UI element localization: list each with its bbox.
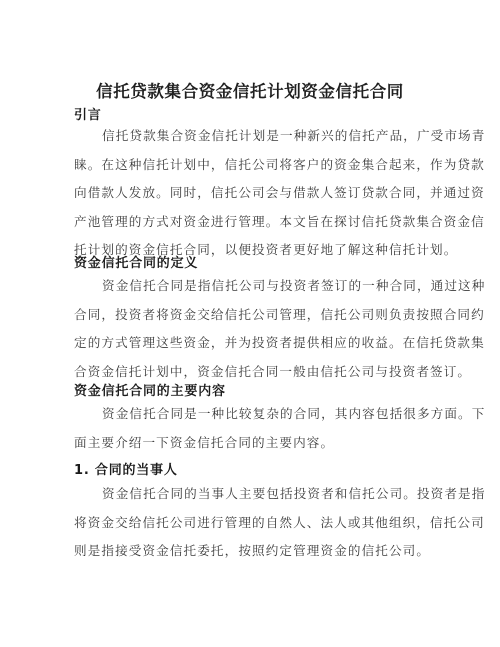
text-line: 资金信托合同的当事人主要包括投资者和信托公司。投资者是指	[74, 480, 416, 509]
text-line: 合同，投资者将资金交给信托公司管理，信托公司则负责按照合同约	[74, 301, 416, 330]
section-heading-main-content: 资金信托合同的主要内容	[74, 380, 226, 399]
section-heading-introduction: 引言	[74, 104, 102, 123]
document-title: 信托贷款集合资金信托计划资金信托合同	[0, 78, 500, 102]
paragraph-definition: 资金信托合同是指信托公司与投资者签订的一种合同，通过这种 合同，投资者将资金交给…	[74, 272, 416, 386]
text-line: 产池管理的方式对资金进行管理。本文旨在探讨信托贷款集合资金信	[74, 208, 416, 237]
section-heading-definition: 资金信托合同的定义	[74, 252, 198, 271]
text-line: 睐。在这种信托计划中，信托公司将客户的资金集合起来，作为贷款	[74, 151, 416, 180]
text-line: 信托贷款集合资金信托计划是一种新兴的信托产品，广受市场青	[74, 122, 416, 151]
text-line: 面主要介绍一下资金信托合同的主要内容。	[74, 429, 416, 458]
text-line: 资金信托合同是一种比较复杂的合同，其内容包括很多方面。下	[74, 400, 416, 429]
paragraph-contract-parties: 资金信托合同的当事人主要包括投资者和信托公司。投资者是指 将资金交给信托公司进行…	[74, 480, 416, 566]
paragraph-introduction: 信托贷款集合资金信托计划是一种新兴的信托产品，广受市场青 睐。在这种信托计划中，…	[74, 122, 416, 265]
document-page: 信托贷款集合资金信托计划资金信托合同 引言 信托贷款集合资金信托计划是一种新兴的…	[0, 0, 500, 647]
text-line: 定的方式管理这些资金，并为投资者提供相应的收益。在信托贷款集	[74, 329, 416, 358]
text-line: 则是指接受资金信托委托，按照约定管理资金的信托公司。	[74, 537, 416, 566]
text-line: 资金信托合同是指信托公司与投资者签订的一种合同，通过这种	[74, 272, 416, 301]
section-heading-contract-parties: 1. 合同的当事人	[74, 459, 178, 478]
text-line: 向借款人发放。同时，信托公司会与借款人签订贷款合同，并通过资	[74, 179, 416, 208]
paragraph-main-content: 资金信托合同是一种比较复杂的合同，其内容包括很多方面。下 面主要介绍一下资金信托…	[74, 400, 416, 457]
text-line: 将资金交给信托公司进行管理的自然人、法人或其他组织，信托公司	[74, 509, 416, 538]
